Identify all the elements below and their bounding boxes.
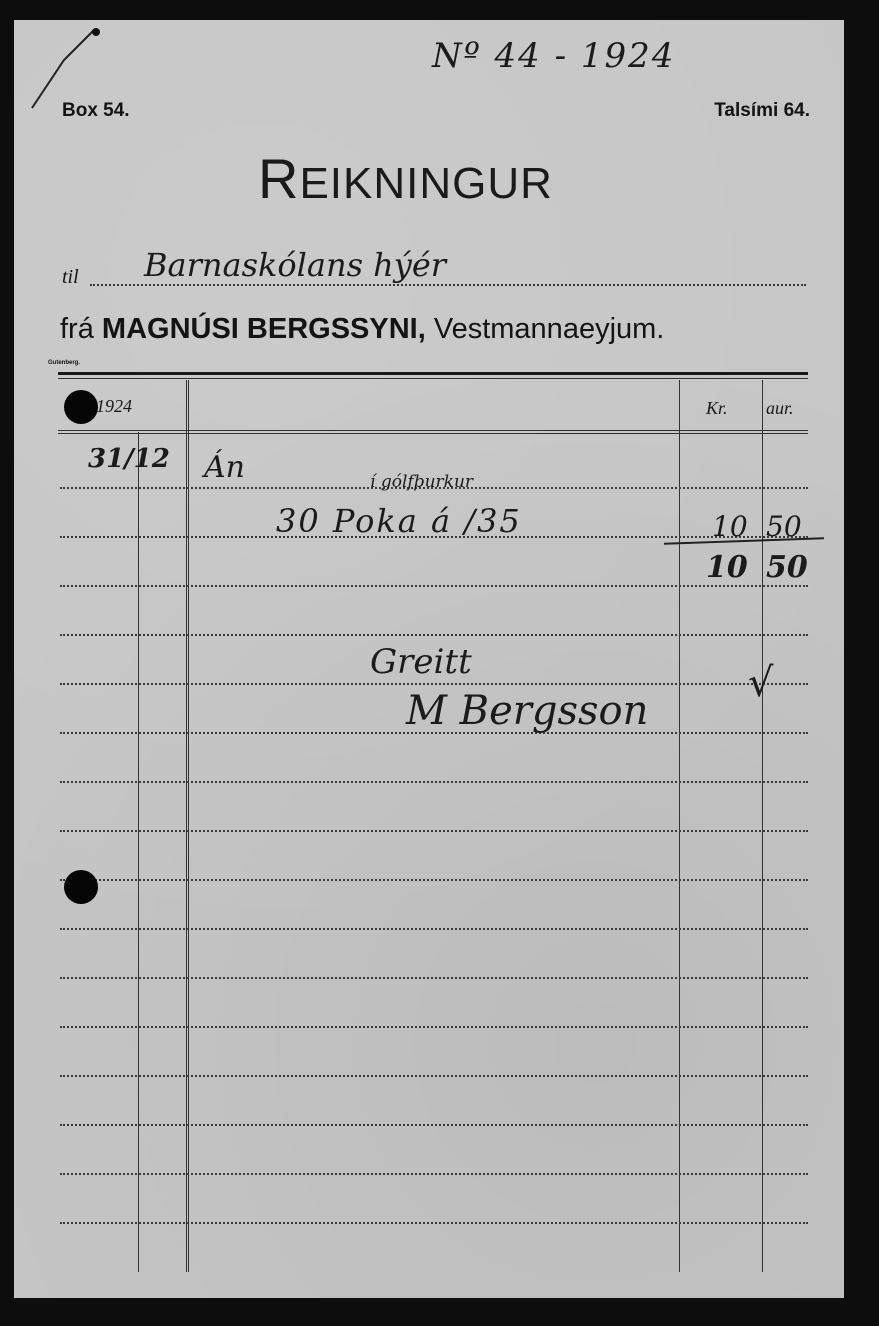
row-line xyxy=(60,830,808,832)
sender-line: frá MAGNÚSI BERGSSYNI, Vestmannaeyjum. xyxy=(60,313,664,346)
printer-mark: Gutenberg. xyxy=(48,360,80,366)
row-line xyxy=(60,977,808,979)
row-line xyxy=(60,1075,808,1077)
entry-note: í gólfþurkur xyxy=(370,472,473,492)
row-line xyxy=(60,1124,808,1126)
header-rule-thin xyxy=(58,378,808,379)
row-line xyxy=(60,634,808,636)
entry-quantity: 30 Poka á /35 xyxy=(276,502,522,540)
signature: M Bergsson xyxy=(406,688,648,734)
punch-hole xyxy=(64,870,98,904)
header-rule-thick xyxy=(58,372,808,375)
invoice-number-handwritten: Nº 44 - 1924 xyxy=(432,36,675,76)
recipient-label: til xyxy=(62,266,79,289)
sender-name: MAGNÚSI BERGSSYNI, xyxy=(102,313,426,345)
recipient-line xyxy=(90,284,806,286)
row-line xyxy=(60,928,808,930)
column-header-aur: aur. xyxy=(766,398,794,419)
column-divider-date xyxy=(138,432,139,1272)
column-header-rule-1 xyxy=(58,430,808,431)
title-initial: R xyxy=(258,147,299,210)
row-line xyxy=(60,683,808,685)
total-aur: 50 xyxy=(766,550,808,585)
column-header-kr: Kr. xyxy=(706,398,728,419)
row-line xyxy=(60,1173,808,1175)
phone-number: Talsími 64. xyxy=(714,100,810,122)
row-line xyxy=(60,1222,808,1224)
entry-description: Án xyxy=(204,450,245,485)
entry-date: 31/12 xyxy=(88,444,170,474)
sender-prefix: frá xyxy=(60,313,94,345)
check-mark: √ xyxy=(748,660,774,706)
title-rest: EIKNINGUR xyxy=(299,159,552,208)
column-divider-aur xyxy=(762,380,763,1272)
column-divider-description-left-2 xyxy=(188,380,189,1272)
column-divider-kr xyxy=(679,380,680,1272)
column-header-rule-2 xyxy=(58,433,808,434)
row-line xyxy=(60,585,808,587)
column-divider-description-left xyxy=(186,380,187,1272)
total-kr: 10 xyxy=(706,550,748,585)
entry-kr: 10 xyxy=(712,510,748,543)
invoice-paper: Nº 44 - 1924 Box 54. Talsími 64. REIKNIN… xyxy=(14,20,844,1298)
row-line xyxy=(60,1026,808,1028)
row-line xyxy=(60,879,808,881)
row-line xyxy=(60,781,808,783)
paid-note: Greitt xyxy=(370,642,472,682)
sender-place: Vestmannaeyjum. xyxy=(434,313,665,345)
paper-crease-mark xyxy=(14,20,114,110)
punch-hole xyxy=(64,390,98,424)
box-number: Box 54. xyxy=(62,100,130,122)
recipient-handwritten: Barnaskólans hýér xyxy=(144,246,446,284)
year-label: 1924 xyxy=(96,396,132,417)
document-title: REIKNINGUR xyxy=(258,146,553,211)
